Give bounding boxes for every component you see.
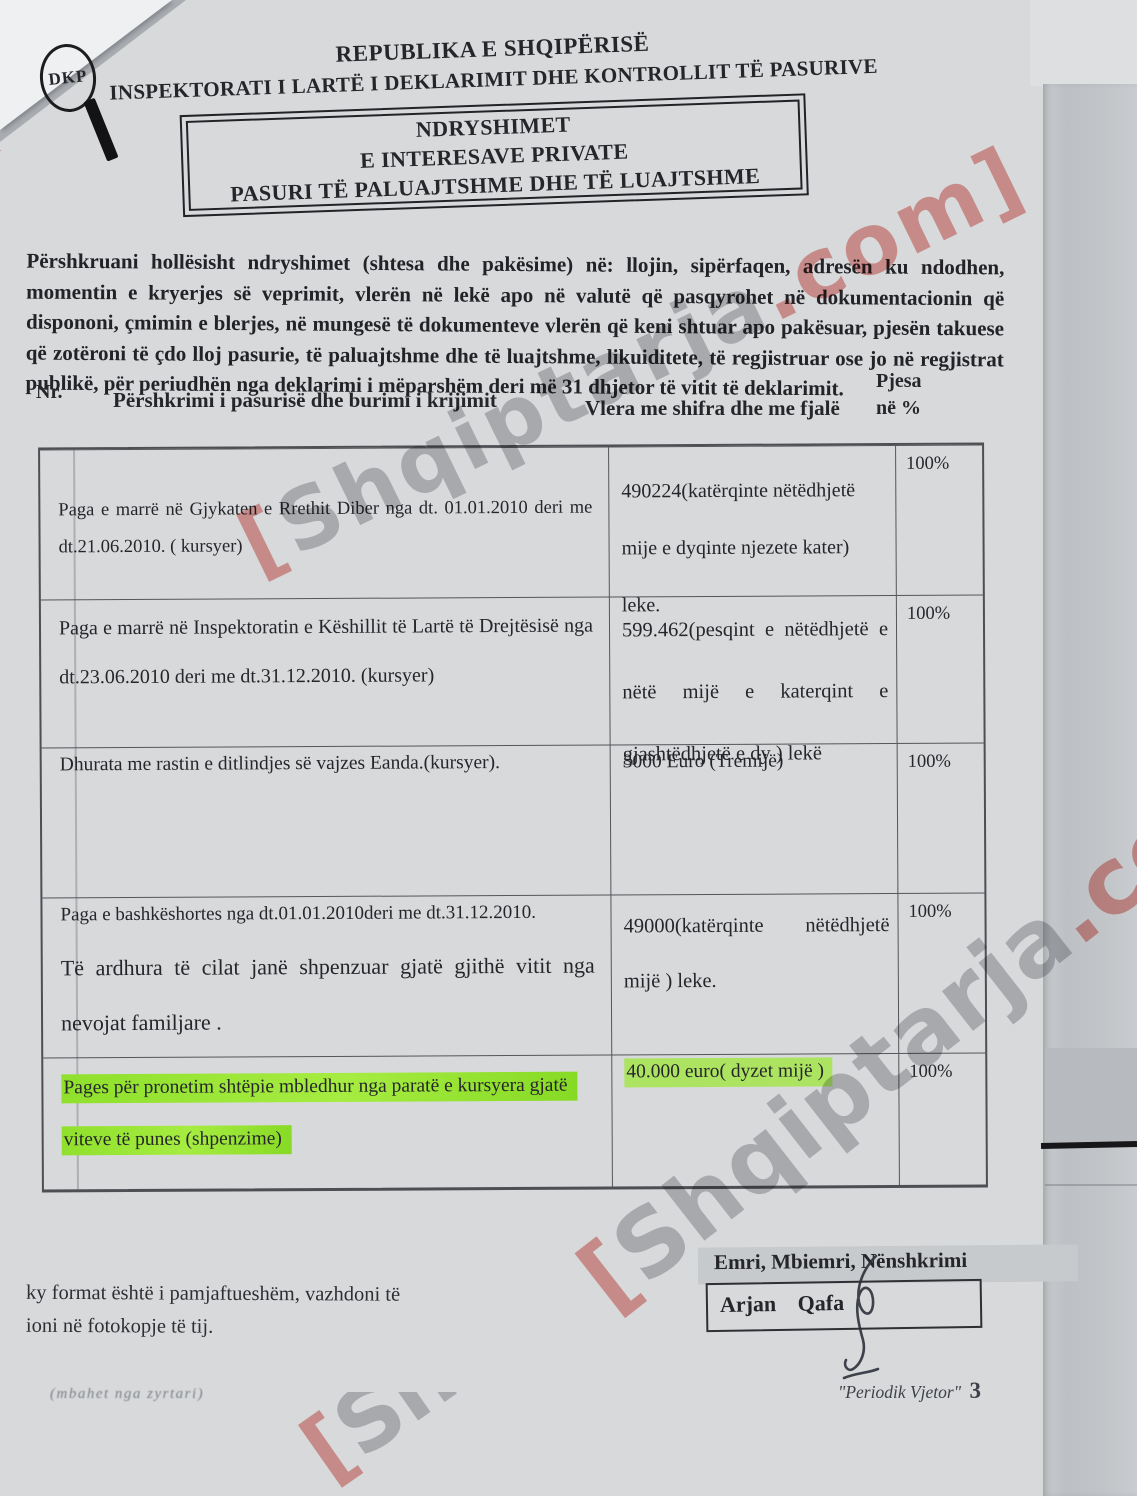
row4-share: 100% [897,894,985,1053]
row5-share: 100% [898,1054,986,1185]
scan-top-right-light-area [1030,0,1137,86]
column-header-share: Pjesa në % [876,368,922,422]
watermark-shqiptarja-bottom: [Shqiptarja.com] [284,1392,580,1496]
footer-period-label: "Periodik Vjetor" [838,1382,961,1402]
form-title-box: NDRYSHIMET E INTERESAVE PRIVATE PASURI T… [180,93,809,217]
column-header-nr: Nr. [36,381,62,404]
continuation-note-line1: ky format është i pamjaftueshëm, vazhdon… [26,1277,496,1312]
row5-description: Pages për pronetim shtëpie mbledhur nga … [43,1055,612,1189]
watermark-bottom-clip: [Shqiptarja.com] [250,1392,580,1496]
column-header-value: Vlera me shifra dhe me fjalë [585,396,840,421]
row4-description-line2: Të ardhura të cilat janë shpenzuar gjatë… [61,938,596,1051]
footer-page-number: 3 [969,1378,981,1403]
continuation-note-line2: ioni në fotokopje të tij. [26,1310,496,1345]
row4-description-line1: Paga e bashkëshortes nga dt.01.01.2010de… [60,902,594,927]
column-header-share-line2: në % [876,395,922,422]
form-title-inner-border: NDRYSHIMET E INTERESAVE PRIVATE PASURI T… [186,100,803,211]
scan-page-edge-shadow-band [1043,84,1137,1496]
row2-share: 100% [896,596,984,743]
table-row: Paga e marrë në Inspektoratin e Këshilli… [41,595,984,748]
table-row: Paga e marrë në Gjykaten e Rrethit Diber… [40,445,983,600]
scanned-declaration-document: DKP REPUBLIKA E SHQIPËRISË INSPEKTORATI … [0,0,1137,1496]
column-header-description: Përshkrimi i pasurisë dhe burimi i kriji… [113,388,497,413]
table-row: Dhurata me rastin e ditlindjes së vajzes… [42,743,985,898]
watermark-topleft-clip: .com] [0,150,58,260]
continuation-note: ky format është i pamjaftueshëm, vazhdon… [26,1277,496,1345]
row4-value: 49000(katërqinte nëtëdhjetë mijë ) leke. [610,894,898,1055]
scan-edge-dark-patch [1045,1048,1137,1145]
row1-value: 490224(katërqinte nëtëdhjetë mije e dyqi… [608,446,896,597]
scan-edge-faint-line [1045,1184,1137,1186]
row5-value-highlight: 40.000 euro( dyzet mijë ) [624,1057,832,1087]
row5-description-line1-highlight: Pages për pronetim shtëpie mbledhur nga … [61,1072,577,1104]
footer-right-label: "Periodik Vjetor" 3 [838,1378,981,1404]
row2-value: 599.462(pesqint e nëtëdhjetë e nëtë mijë… [609,596,897,745]
table-row: Paga e bashkëshortes nga dt.01.01.2010de… [42,893,985,1058]
declaration-table: Paga e marrë në Gjykaten e Rrethit Diber… [38,443,988,1193]
column-header-share-line1: Pjesa [876,368,922,395]
row3-share: 100% [897,744,985,893]
instructions-paragraph: Përshkruani hollësisht ndryshimet (shtes… [25,246,1004,405]
table-row-highlighted: Pages për pronetim shtëpie mbledhur nga … [43,1053,986,1190]
row3-value: 3000 Euro (Tremijë) [610,744,898,895]
row5-value: 40.000 euro( dyzet mijë ) [611,1054,899,1187]
footer-left-note: (mbahet nga zyrtari) [50,1386,204,1403]
watermark-fragment-topleft: .com] [0,150,56,239]
row1-share: 100% [895,446,983,595]
row3-description: Dhurata me rastin e ditlindjes së vajzes… [42,745,611,897]
handwritten-signature [812,1252,922,1382]
row4-description: Paga e bashkëshortes nga dt.01.01.2010de… [42,895,611,1057]
row2-description: Paga e marrë në Inspektoratin e Këshilli… [41,597,610,747]
row5-description-line2-highlight: viteve të punes (shpenzime) [62,1125,292,1155]
row1-description: Paga e marrë në Gjykaten e Rrethit Diber… [40,447,609,599]
